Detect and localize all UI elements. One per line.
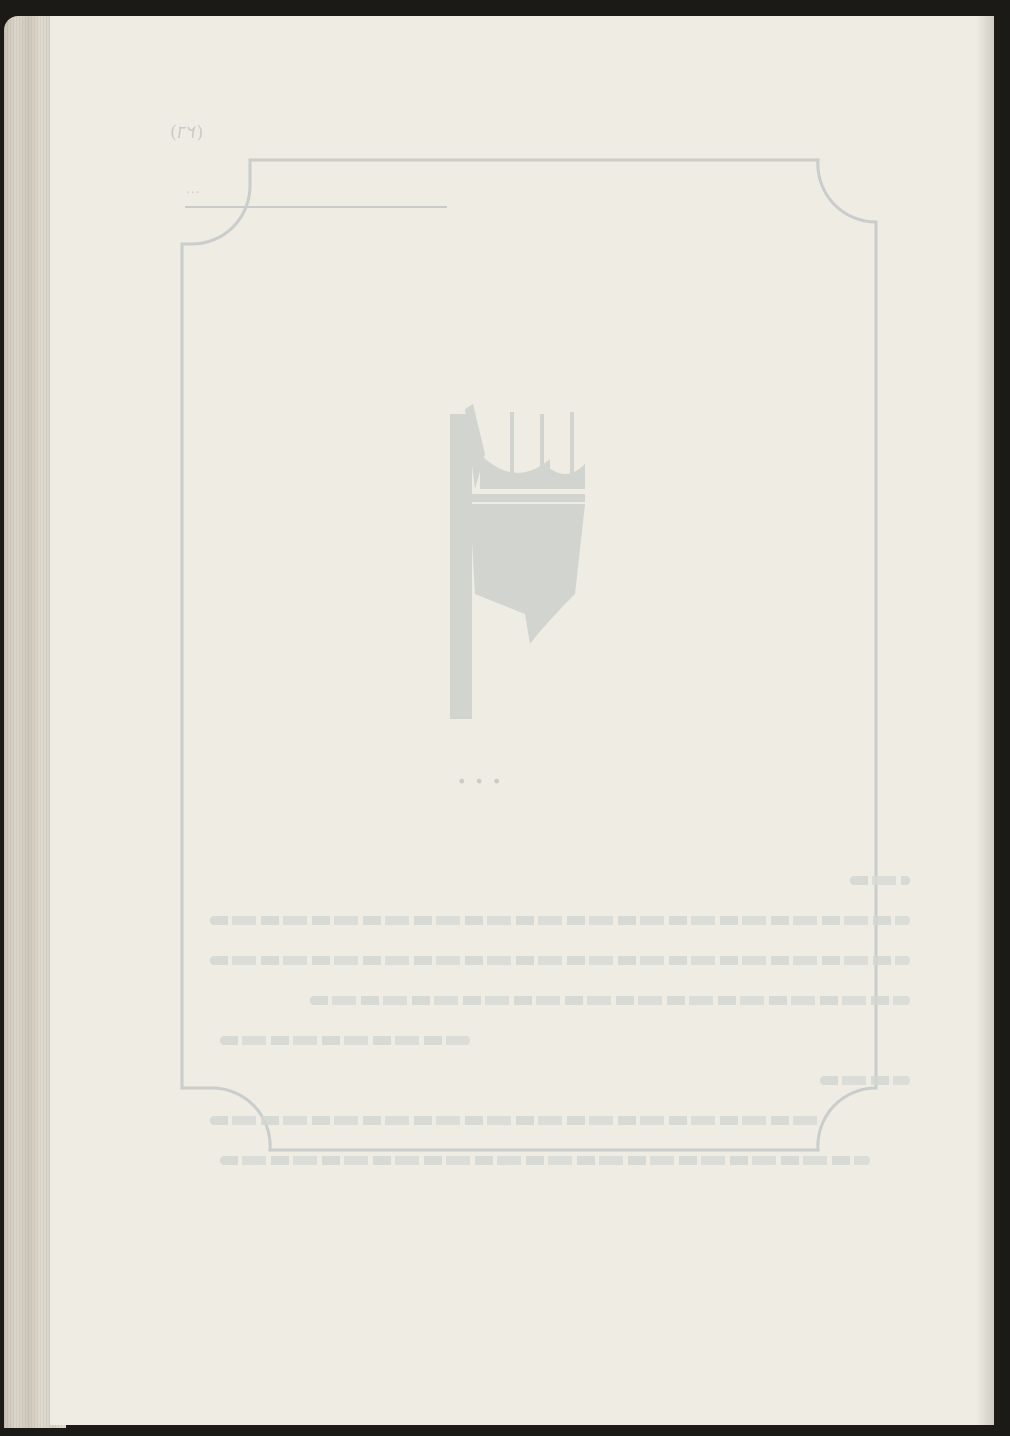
book-page: (٢٦) ... ... <box>50 16 994 1425</box>
bleed-through-line <box>310 996 910 1005</box>
bleed-through-line <box>220 1156 870 1165</box>
bleed-through-line <box>210 956 910 965</box>
bleed-through-line <box>220 1036 470 1045</box>
bleed-through-illustration <box>425 394 595 724</box>
bleed-through-line <box>850 876 910 885</box>
bleed-through-title: ... <box>450 751 502 792</box>
bleed-through-line <box>210 916 910 925</box>
bleed-through-line <box>210 1116 820 1125</box>
bleed-through-line <box>820 1076 910 1085</box>
bleed-through-text-block <box>200 876 910 1196</box>
